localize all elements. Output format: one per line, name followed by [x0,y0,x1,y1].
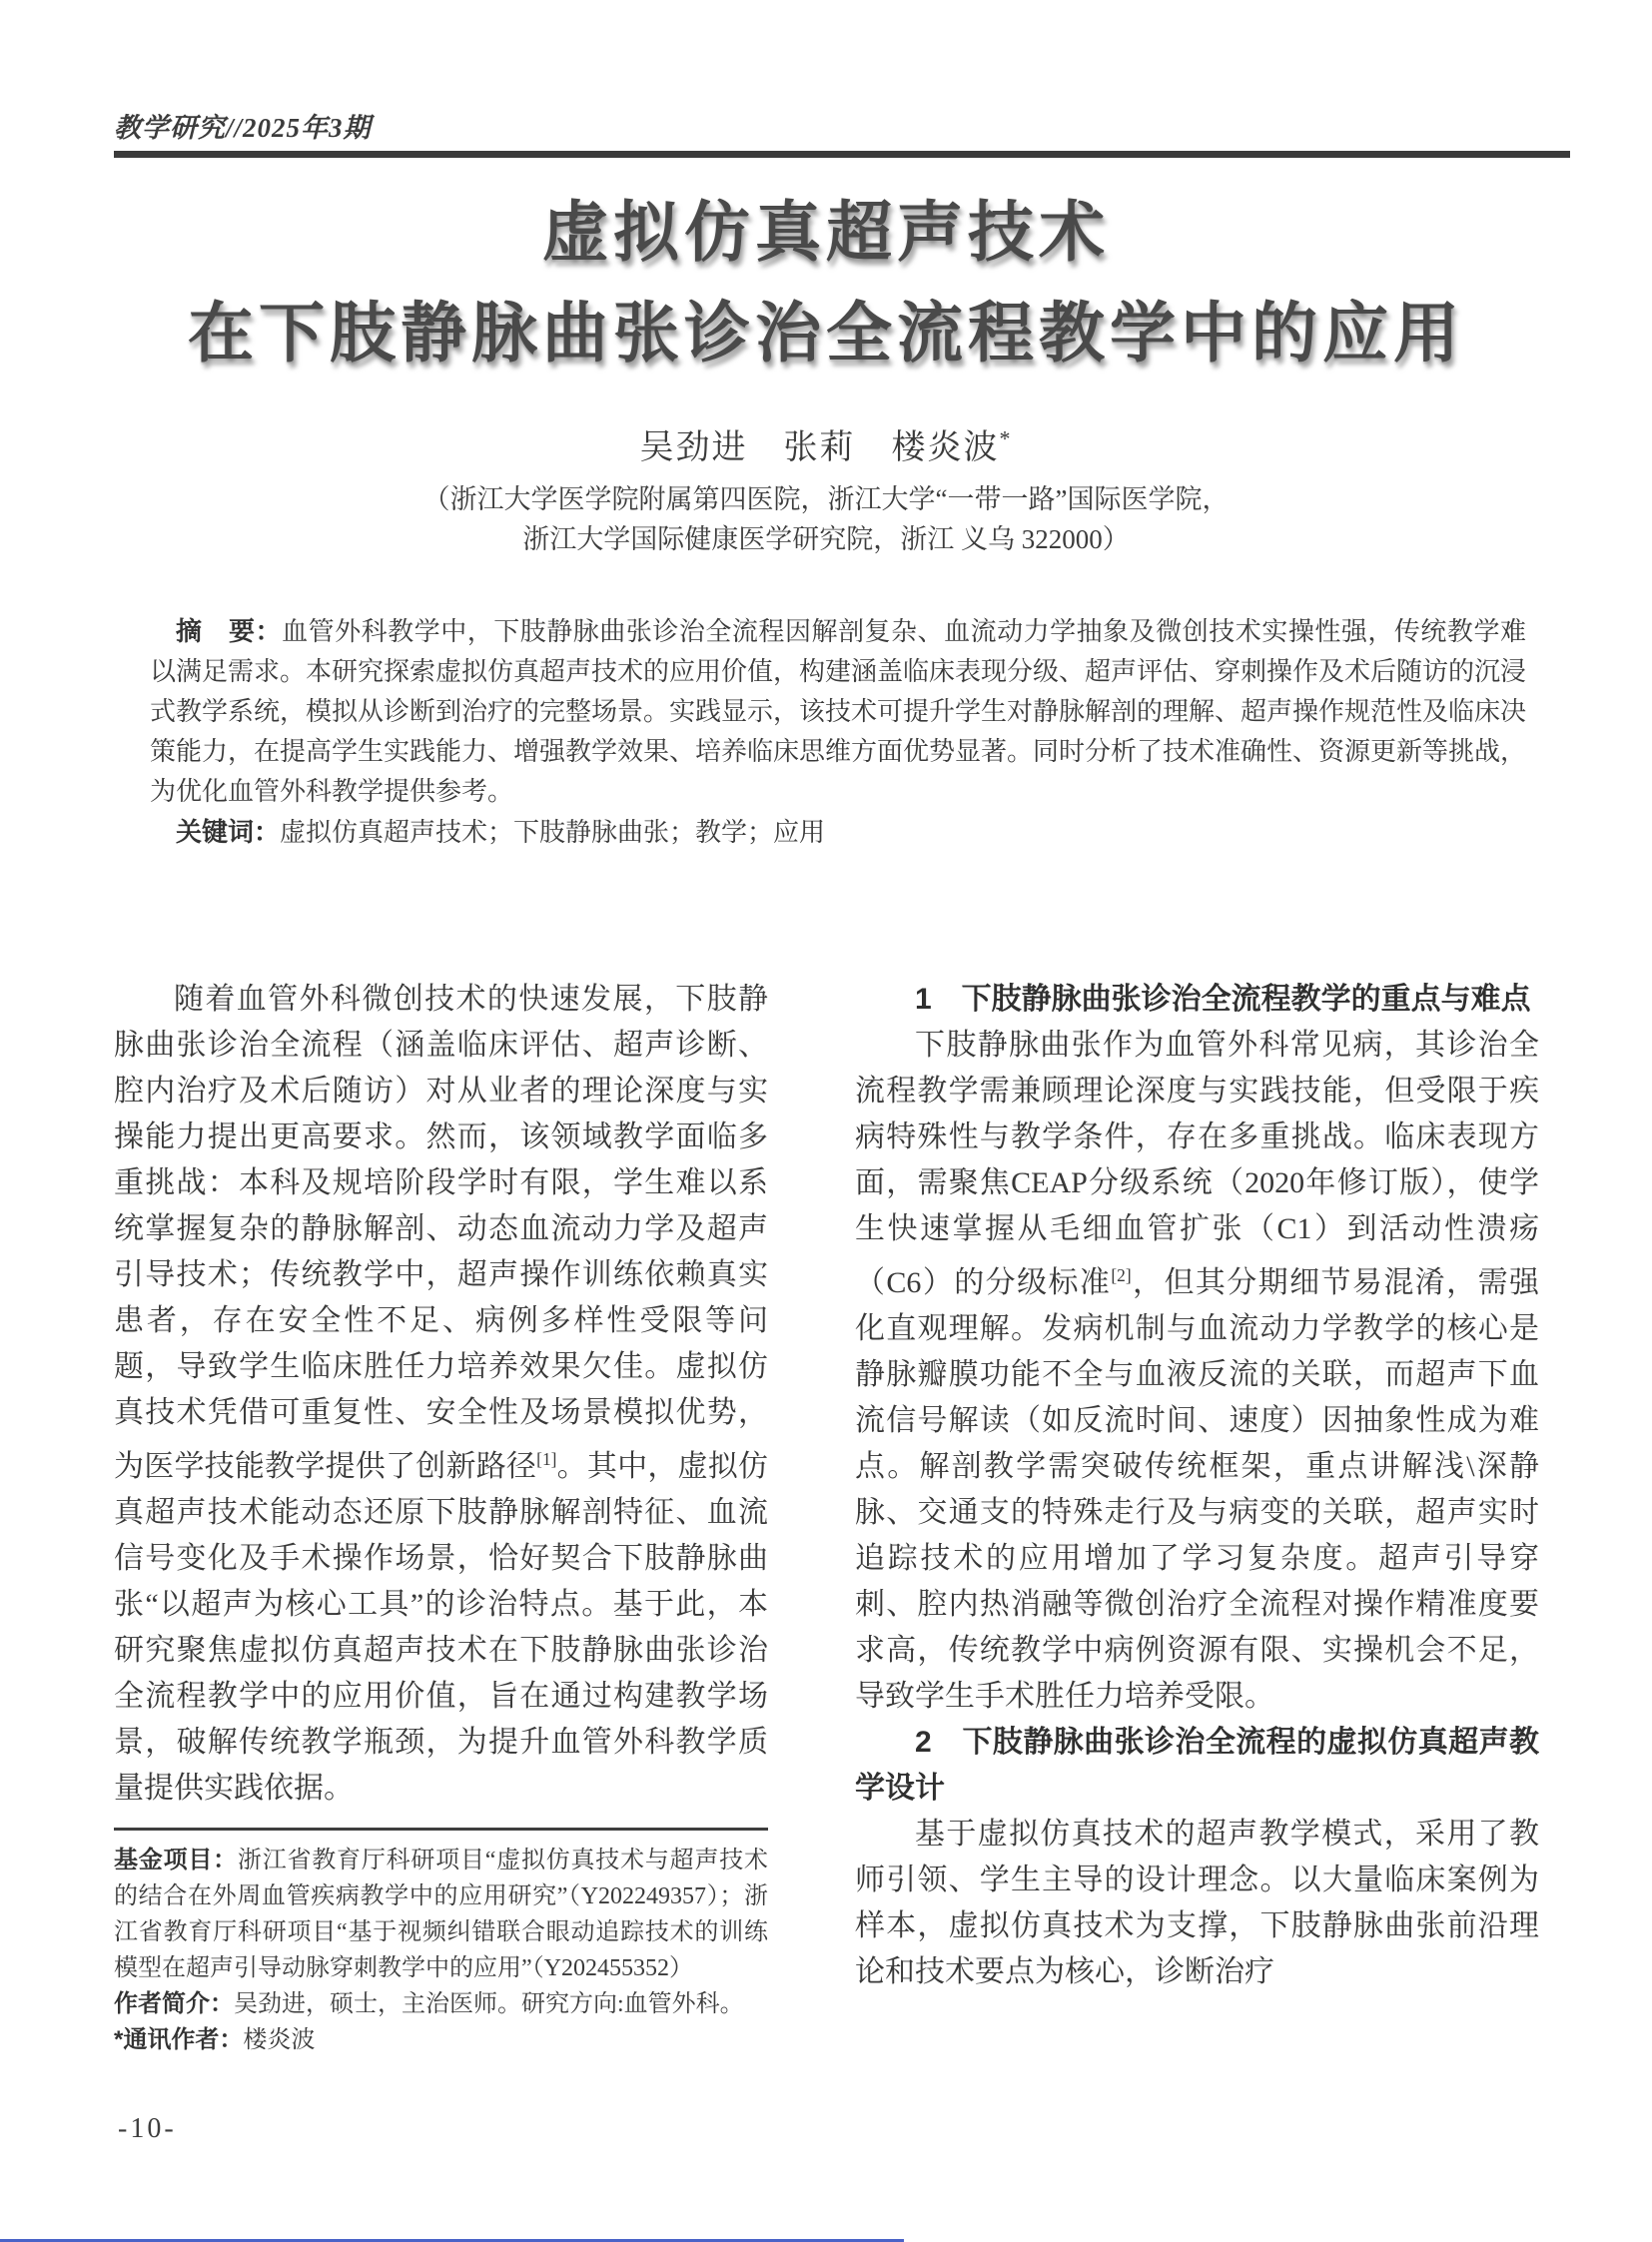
abstract-text: 血管外科教学中，下肢静脉曲张诊治全流程因解剖复杂、血流动力学抽象及微创技术实操性… [150,617,1526,806]
corresponding-author-label: *通讯作者： [114,2026,243,2053]
author-bio-text: 吴劲进，硕士，主治医师。研究方向:血管外科。 [234,1991,744,2017]
article-title-line2: 在下肢静脉曲张诊治全流程教学中的应用 [0,283,1652,383]
right-column: 1 下肢静脉曲张诊治全流程教学的重点与难点 下肢静脉曲张作为血管外科常见病，其诊… [855,977,1539,2058]
page-number: -10- [118,2113,177,2145]
author-bio-note: 作者简介：吴劲进，硕士，主治医师。研究方向:血管外科。 [114,1986,768,2022]
footnote-divider [114,1828,768,1831]
funding-label: 基金项目： [114,1847,238,1873]
abstract-label: 摘 要： [176,616,282,646]
affiliation: （浙江大学医学院附属第四医院，浙江大学“一带一路”国际医学院， 浙江大学国际健康… [0,479,1652,559]
journal-header: 教学研究//2025年3期 [114,106,372,145]
left-column-text: 随着血管外科微创技术的快速发展，下肢静脉曲张诊治全流程（涵盖临床评估、超声诊断、… [114,977,768,1812]
funding-note: 基金项目：浙江省教育厅科研项目“虚拟仿真技术与超声技术的结合在外周血管疾病教学中… [114,1843,768,1986]
intro-paragraph: 随着血管外科微创技术的快速发展，下肢静脉曲张诊治全流程（涵盖临床评估、超声诊断、… [114,977,768,1812]
section-1-paragraph: 下肢静脉曲张作为血管外科常见病，其诊治全流程教学需兼顾理论深度与实践技能，但受限… [855,1023,1539,1720]
intro-text-b: 。其中，虚拟仿真超声技术能动态还原下肢静脉解剖特征、血流信号变化及手术操作场景，… [114,1450,768,1805]
article-title-line1: 虚拟仿真超声技术 [0,182,1652,283]
author-list: 吴劲进 张莉 楼炎波* [0,419,1652,468]
citation-ref-1: [1] [536,1449,556,1469]
section-heading-2: 2 下肢静脉曲张诊治全流程的虚拟仿真超声教学设计 [855,1720,1539,1812]
keywords-label: 关键词： [176,817,280,847]
right-column-text: 1 下肢静脉曲张诊治全流程教学的重点与难点 下肢静脉曲张作为血管外科常见病，其诊… [855,977,1539,1995]
abstract-block: 摘 要：血管外科教学中，下肢静脉曲张诊治全流程因解剖复杂、血流动力学抽象及微创技… [150,611,1526,853]
corresponding-author-mark: * [1000,426,1013,451]
affiliation-line2: 浙江大学国际健康医学研究院，浙江 义乌 322000） [0,519,1652,559]
paper-page: 教学研究//2025年3期 虚拟仿真超声技术 在下肢静脉曲张诊治全流程教学中的应… [0,0,1652,2242]
author-names: 吴劲进 张莉 楼炎波 [640,429,1000,466]
left-column: 随着血管外科微创技术的快速发展，下肢静脉曲张诊治全流程（涵盖临床评估、超声诊断、… [114,977,768,2058]
intro-text-a: 随着血管外科微创技术的快速发展，下肢静脉曲张诊治全流程（涵盖临床评估、超声诊断、… [114,983,768,1483]
affiliation-line1: （浙江大学医学院附属第四医院，浙江大学“一带一路”国际医学院， [0,479,1652,519]
body-columns: 随着血管外科微创技术的快速发展，下肢静脉曲张诊治全流程（涵盖临床评估、超声诊断、… [114,977,1539,2058]
keywords-paragraph: 关键词：虚拟仿真超声技术；下肢静脉曲张；教学；应用 [150,812,1526,853]
section-1-text-a: 下肢静脉曲张作为血管外科常见病，其诊治全流程教学需兼顾理论深度与实践技能，但受限… [855,1029,1539,1299]
header-rule [114,151,1570,158]
section-heading-1: 1 下肢静脉曲张诊治全流程教学的重点与难点 [855,977,1539,1023]
corresponding-author-note: *通讯作者：楼炎波 [114,2022,768,2058]
corresponding-author-text: 楼炎波 [243,2027,315,2053]
citation-ref-2: [2] [1111,1265,1131,1285]
article-title: 虚拟仿真超声技术 在下肢静脉曲张诊治全流程教学中的应用 [0,182,1652,383]
section-1-text-b: ，但其分期细节易混淆，需强化直观理解。发病机制与血流动力学教学的核心是静脉瓣膜功… [855,1266,1539,1713]
keywords-text: 虚拟仿真超声技术；下肢静脉曲张；教学；应用 [280,818,825,847]
abstract-paragraph: 摘 要：血管外科教学中，下肢静脉曲张诊治全流程因解剖复杂、血流动力学抽象及微创技… [150,611,1526,812]
section-2-paragraph: 基于虚拟仿真技术的超声教学模式，采用了教师引领、学生主导的设计理念。以大量临床案… [855,1812,1539,1995]
author-bio-label: 作者简介： [114,1990,234,2017]
footnotes-block: 基金项目：浙江省教育厅科研项目“虚拟仿真技术与超声技术的结合在外周血管疾病教学中… [114,1843,768,2058]
